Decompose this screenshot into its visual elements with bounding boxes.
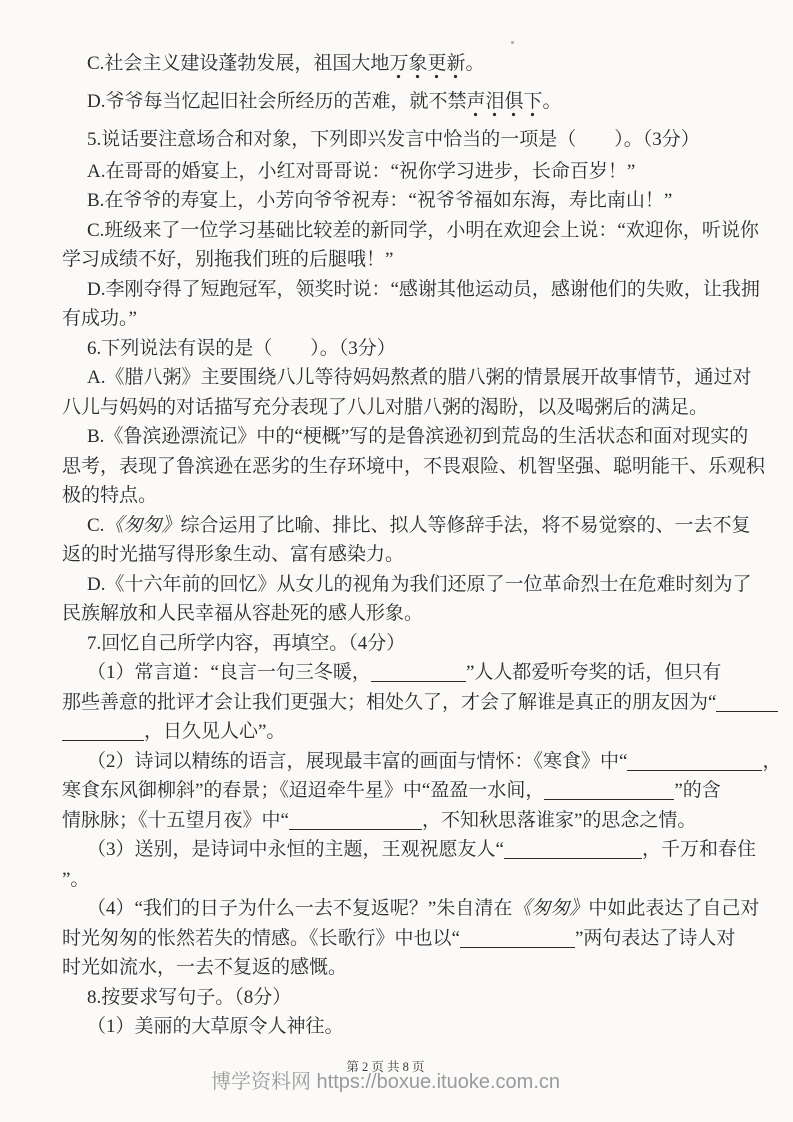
text-run: B.在爷爷的寿宴上，小芳向爷爷祝寿：“祝爷爷福如东海，寿比南山！”	[87, 190, 672, 211]
text-run: 8.按要求写句子。（8分）	[87, 987, 291, 1008]
answer-blank	[289, 825, 422, 830]
text-run: （1）常言道：“良言一句三冬暖，	[87, 662, 371, 683]
text-run: 寒食东风御柳斜”的春景；《迢迢牵牛星》中“盈盈一水间，	[62, 780, 544, 801]
text-run: 时光匆匆的怅然若失的情感。《长歌行》中也以“	[62, 928, 460, 949]
text-run: 民族解放和人民幸福从容赴死的感人形象。	[62, 603, 423, 624]
text-run: 那些善意的批评才会让我们更强大；相处久了，才会了解谁是真正的朋友因为“	[62, 692, 716, 713]
exam-text-body: C.社会主义建设蓬勃发展，祖国大地万象更新。D.爷爷每当忆起旧社会所经历的苦难，…	[62, 49, 734, 1042]
italic-title: 《匆匆》	[512, 898, 588, 919]
text-run: ，不知秋思落谁家”的思念之情。	[422, 810, 696, 831]
text-run: C.社会主义建设蓬勃发展，祖国大地	[87, 53, 389, 74]
text-run: ”人人都爱听夸奖的话，但只有	[466, 662, 721, 683]
text-line: 有成功。”	[62, 304, 734, 334]
text-run: ，	[762, 751, 781, 772]
text-run: （3）送别，是诗词中永恒的主题，王观祝愿友人“	[87, 839, 504, 860]
text-line: C.班级来了一位学习基础比较差的新同学，小明在欢迎会上说：“欢迎你，听说你	[62, 216, 734, 246]
text-line: C.《匆匆》综合运用了比喻、排比、拟人等修辞手法，将不易觉察的、一去不复	[62, 511, 734, 541]
text-line: D.爷爷每当忆起旧社会所经历的苦难，就不禁声泪俱下。	[62, 87, 734, 117]
text-run: 。	[465, 53, 484, 74]
text-run: （2）诗词以精练的语言，展现最丰富的画面与情怀：《寒食》中“	[87, 751, 627, 772]
text-line: 6.下列说法有误的是（ ）。（3分）	[62, 334, 734, 364]
answer-blank	[371, 677, 466, 682]
text-line: （3）送别，是诗词中永恒的主题，王观祝愿友人“，千万和春住	[62, 835, 734, 865]
text-line: 时光如流水，一去不复返的感慨。	[62, 953, 734, 983]
text-run: 6.下列说法有误的是（ ）。（3分）	[87, 338, 396, 359]
text-line: （1）常言道：“良言一句三冬暖，”人人都爱听夸奖的话，但只有	[62, 658, 734, 688]
text-run: C.班级来了一位学习基础比较差的新同学，小明在欢迎会上说：“欢迎你，听说你	[87, 220, 759, 241]
text-line: 时光匆匆的怅然若失的情感。《长歌行》中也以“”两句表达了诗人对	[62, 924, 734, 954]
text-line: B.在爷爷的寿宴上，小芳向爷爷祝寿：“祝爷爷福如东海，寿比南山！”	[62, 186, 734, 216]
text-run: 5.说话要注意场合和对象，下列即兴发言中恰当的一项是（ ）。（3分）	[87, 129, 700, 150]
text-line: 返的时光描写得形象生动、富有感染力。	[62, 540, 734, 570]
text-line: （4）“我们的日子为什么一去不复返呢？”朱自清在《匆匆》中如此表达了自己对	[62, 894, 734, 924]
text-run: 有成功。”	[62, 308, 137, 329]
text-run: 。	[543, 91, 562, 112]
text-line: 那些善意的批评才会让我们更强大；相处久了，才会了解谁是真正的朋友因为“	[62, 688, 734, 718]
text-run: ”两句表达了诗人对	[575, 928, 735, 949]
italic-title: 《匆匆》	[104, 515, 180, 536]
text-line: C.社会主义建设蓬勃发展，祖国大地万象更新。	[62, 49, 734, 79]
text-run: 八儿与妈妈的对话描写充分表现了八儿对腊八粥的渴盼，以及喝粥后的满足。	[62, 397, 708, 418]
answer-blank	[544, 795, 674, 800]
text-run: 情脉脉；《十五望月夜》中“	[62, 810, 289, 831]
page-footer: 第 2 页 共 8 页 博学资料网 https://boxue.ituoke.c…	[0, 1052, 793, 1102]
text-line: 情脉脉；《十五望月夜》中“，不知秋思落谁家”的思念之情。	[62, 806, 734, 836]
text-line: B.《鲁滨逊漂流记》中的“梗概”写的是鲁滨逊初到荒岛的生活状态和面对现实的	[62, 422, 734, 452]
text-run: D.李刚夺得了短跑冠军，领奖时说：“感谢其他运动员，感谢他们的失败，让我拥	[87, 279, 760, 300]
text-run: 综合运用了比喻、排比、拟人等修辞手法，将不易觉察的、一去不复	[180, 515, 750, 536]
text-run: C.	[87, 515, 104, 536]
text-line: 学习成绩不好，别拖我们班的后腿哦！”	[62, 245, 734, 275]
text-run: ”。	[62, 869, 89, 890]
text-run: 时光如流水，一去不复返的感慨。	[62, 957, 347, 978]
text-line: 八儿与妈妈的对话描写充分表现了八儿对腊八粥的渴盼，以及喝粥后的满足。	[62, 393, 734, 423]
text-line: D.李刚夺得了短跑冠军，领奖时说：“感谢其他运动员，感谢他们的失败，让我拥	[62, 275, 734, 305]
text-run: 学习成绩不好，别拖我们班的后腿哦！”	[62, 249, 393, 270]
text-line: 7.回忆自己所学内容，再填空。（4分）	[62, 629, 734, 659]
exam-page: C.社会主义建设蓬勃发展，祖国大地万象更新。D.爷爷每当忆起旧社会所经历的苦难，…	[0, 0, 793, 1122]
text-run: ”的含	[674, 780, 720, 801]
page-number: 第 2 页 共 8 页	[0, 1057, 782, 1075]
text-run: 返的时光描写得形象生动、富有感染力。	[62, 544, 404, 565]
text-line: 思考，表现了鲁滨逊在恶劣的生存环境中，不畏艰险、机智坚强、聪明能干、乐观积	[62, 452, 734, 482]
emphasized-text: 声泪俱下	[466, 91, 542, 117]
answer-blank	[627, 766, 762, 771]
text-run: ，千万和春住	[642, 839, 756, 860]
text-run: ，日久见人心”。	[144, 721, 285, 742]
text-run: 7.回忆自己所学内容，再填空。（4分）	[87, 633, 405, 654]
answer-blank	[716, 707, 778, 712]
text-run: B.《鲁滨逊漂流记》中的“梗概”写的是鲁滨逊初到荒岛的生活状态和面对现实的	[87, 426, 748, 447]
answer-blank	[504, 854, 642, 859]
text-line: ，日久见人心”。	[62, 717, 734, 747]
text-run: 极的特点。	[62, 485, 157, 506]
text-line: 5.说话要注意场合和对象，下列即兴发言中恰当的一项是（ ）。（3分）	[62, 125, 734, 155]
scan-speck	[511, 41, 514, 44]
text-run: 中如此表达了自己对	[588, 898, 759, 919]
text-line: 极的特点。	[62, 481, 734, 511]
text-run: （1）美丽的大草原令人神往。	[87, 1016, 344, 1037]
text-line: （2）诗词以精练的语言，展现最丰富的画面与情怀：《寒食》中“，	[62, 747, 734, 777]
text-line: D.《十六年前的回忆》从女儿的视角为我们还原了一位革命烈士在危难时刻为了	[62, 570, 734, 600]
text-line: （1）美丽的大草原令人神往。	[62, 1012, 734, 1042]
text-line: A.《腊八粥》主要围绕八儿等待妈妈熬煮的腊八粥的情景展开故事情节，通过对	[62, 363, 734, 393]
text-run: A.在哥哥的婚宴上，小红对哥哥说：“祝你学习进步，长命百岁！”	[87, 161, 635, 182]
answer-blank	[62, 736, 144, 741]
text-line: ”。	[62, 865, 734, 895]
text-line: 8.按要求写句子。（8分）	[62, 983, 734, 1013]
answer-blank	[460, 943, 575, 948]
text-run: A.《腊八粥》主要围绕八儿等待妈妈熬煮的腊八粥的情景展开故事情节，通过对	[87, 367, 751, 388]
text-run: （4）“我们的日子为什么一去不复返呢？”朱自清在	[87, 898, 512, 919]
text-run: D.《十六年前的回忆》从女儿的视角为我们还原了一位革命烈士在危难时刻为了	[87, 574, 751, 595]
text-line: 寒食东风御柳斜”的春景；《迢迢牵牛星》中“盈盈一水间，”的含	[62, 776, 734, 806]
text-line: 民族解放和人民幸福从容赴死的感人形象。	[62, 599, 734, 629]
emphasized-text: 万象更新	[389, 53, 465, 79]
text-run: D.爷爷每当忆起旧社会所经历的苦难，就不禁	[87, 91, 466, 112]
text-run: 思考，表现了鲁滨逊在恶劣的生存环境中，不畏艰险、机智坚强、聪明能干、乐观积	[62, 456, 765, 477]
text-line: A.在哥哥的婚宴上，小红对哥哥说：“祝你学习进步，长命百岁！”	[62, 157, 734, 187]
